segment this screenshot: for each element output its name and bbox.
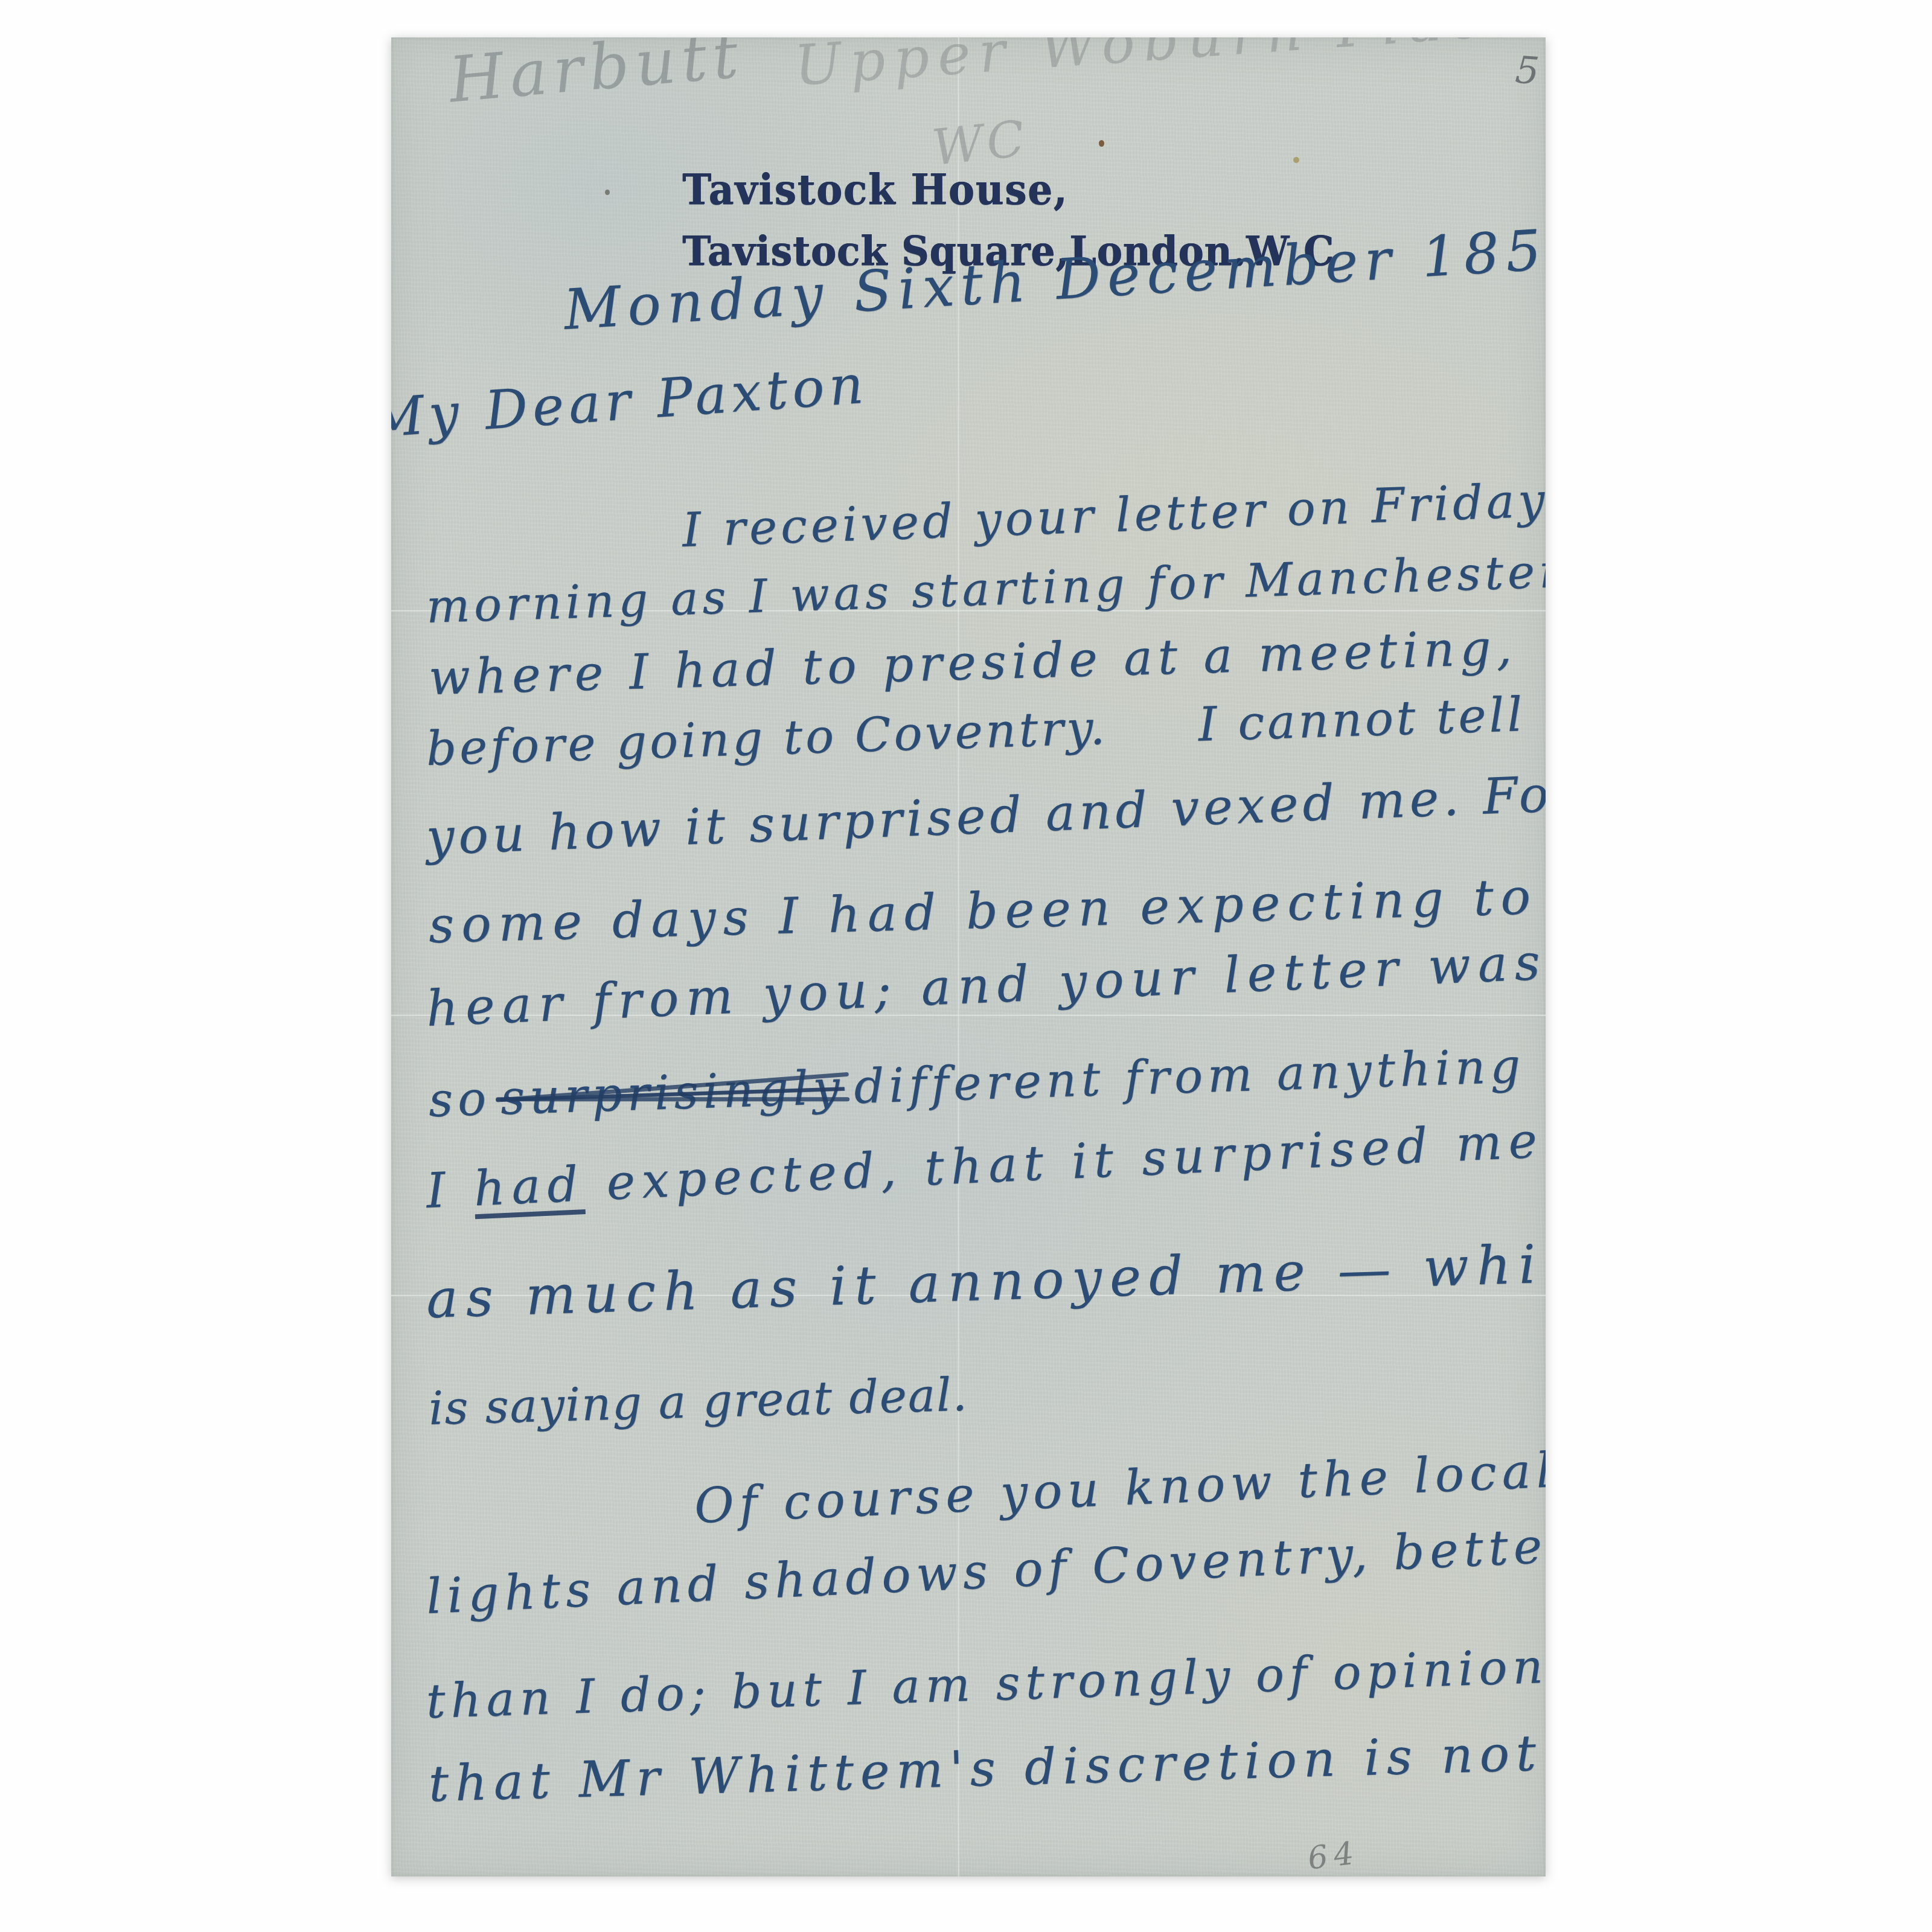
body-line-5: you how it surprised and vexed me. For (425, 765, 1546, 866)
paper-speck (1099, 140, 1104, 147)
body-line-9: I had expected, that it surprised me (425, 1112, 1545, 1221)
body-line-2: morning as I was starting for Manchester… (426, 543, 1546, 633)
salutation-line: My Dear Paxton (391, 353, 870, 449)
body-line-1: I received your letter on Friday (681, 473, 1546, 558)
pencil-page-number: 5 (1514, 48, 1541, 94)
body-line-14: than I do; but I am strongly of opinion (426, 1640, 1546, 1729)
body-line-11: is saying a great deal. (428, 1367, 969, 1435)
scan-background: Harbutt Upper Woburn Place WC 5 64 Tavis… (0, 0, 1932, 1932)
body-line-13: lights and shadows of Coventry, better (425, 1517, 1546, 1625)
pencil-address-line: Upper Woburn Place (792, 37, 1532, 98)
body-line-8: sosurprisinglydifferent from anything (428, 1039, 1526, 1128)
body-line-12: Of course you know the local (693, 1442, 1546, 1534)
body-line-4-end: I cannot tell (1197, 688, 1526, 752)
body-line-8-start: so (428, 1072, 492, 1128)
paper-speck (1293, 157, 1299, 163)
mid-line-gap (1108, 741, 1199, 744)
letter-paper: Harbutt Upper Woburn Place WC 5 64 Tavis… (391, 37, 1546, 1876)
pencil-catalogue-number: 64 (1306, 1835, 1362, 1876)
scribbled-out-word: surprisingly (500, 1060, 845, 1125)
body-line-8-end: different from anything (853, 1039, 1526, 1115)
pencil-owner-name: Harbutt (446, 37, 747, 117)
letterhead-line1: Tavistock House, (682, 165, 1334, 214)
body-line-15: that Mr Whittem's discretion is not (428, 1724, 1543, 1812)
body-line-4-start: before going to Coventry. (426, 701, 1109, 776)
body-line-9-start: I (425, 1160, 475, 1218)
paper-speck (605, 190, 610, 195)
underlined-word: had (473, 1160, 586, 1219)
body-line-9-end: expected, that it surprised me (583, 1112, 1545, 1212)
body-line-10: as much as it annoyed me — which (425, 1230, 1546, 1330)
